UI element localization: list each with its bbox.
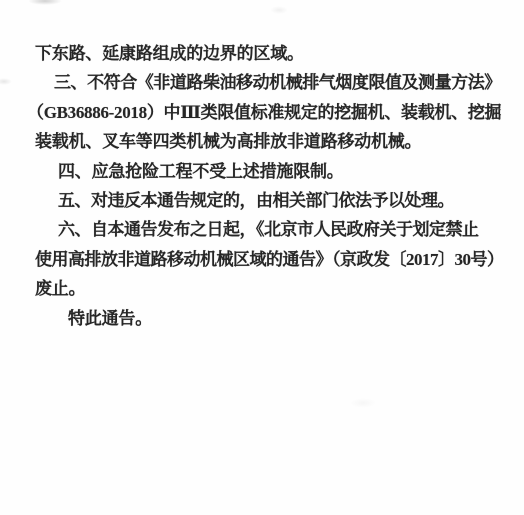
document-line: 装载机、叉车等四类机械为高排放非道路移动机械。 xyxy=(35,127,508,156)
scan-smudge xyxy=(0,78,12,85)
document-line: 六、自本通告发布之日起，《北京市人民政府关于划定禁止 xyxy=(58,215,508,244)
document-page: 下东路、延康路组成的边界的区域。 三、不符合《非道路柴油移动机械排气烟度限值及测… xyxy=(0,0,524,515)
document-line: 五、对违反本通告规定的，由相关部门依法予以处理。 xyxy=(58,186,508,215)
document-line: 三、不符合《非道路柴油移动机械排气烟度限值及测量方法》 xyxy=(54,68,508,97)
document-text-block: 下东路、延康路组成的边界的区域。 三、不符合《非道路柴油移动机械排气烟度限值及测… xyxy=(35,39,508,333)
document-line: 使用高排放非道路移动机械区域的通告》（京政发〔2017〕30号） xyxy=(35,245,508,274)
scan-smudge xyxy=(270,6,288,14)
document-line: 下东路、延康路组成的边界的区域。 xyxy=(35,39,508,68)
document-line: （GB36886-2018）中Ⅲ类限值标准规定的挖掘机、装载机、挖掘 xyxy=(27,98,508,127)
document-line: 废止。 xyxy=(35,274,508,303)
document-line: 特此通告。 xyxy=(68,304,508,333)
scan-smudge xyxy=(350,398,376,408)
scan-smudge xyxy=(28,0,62,5)
document-line: 四、应急抢险工程不受上述措施限制。 xyxy=(58,157,508,186)
